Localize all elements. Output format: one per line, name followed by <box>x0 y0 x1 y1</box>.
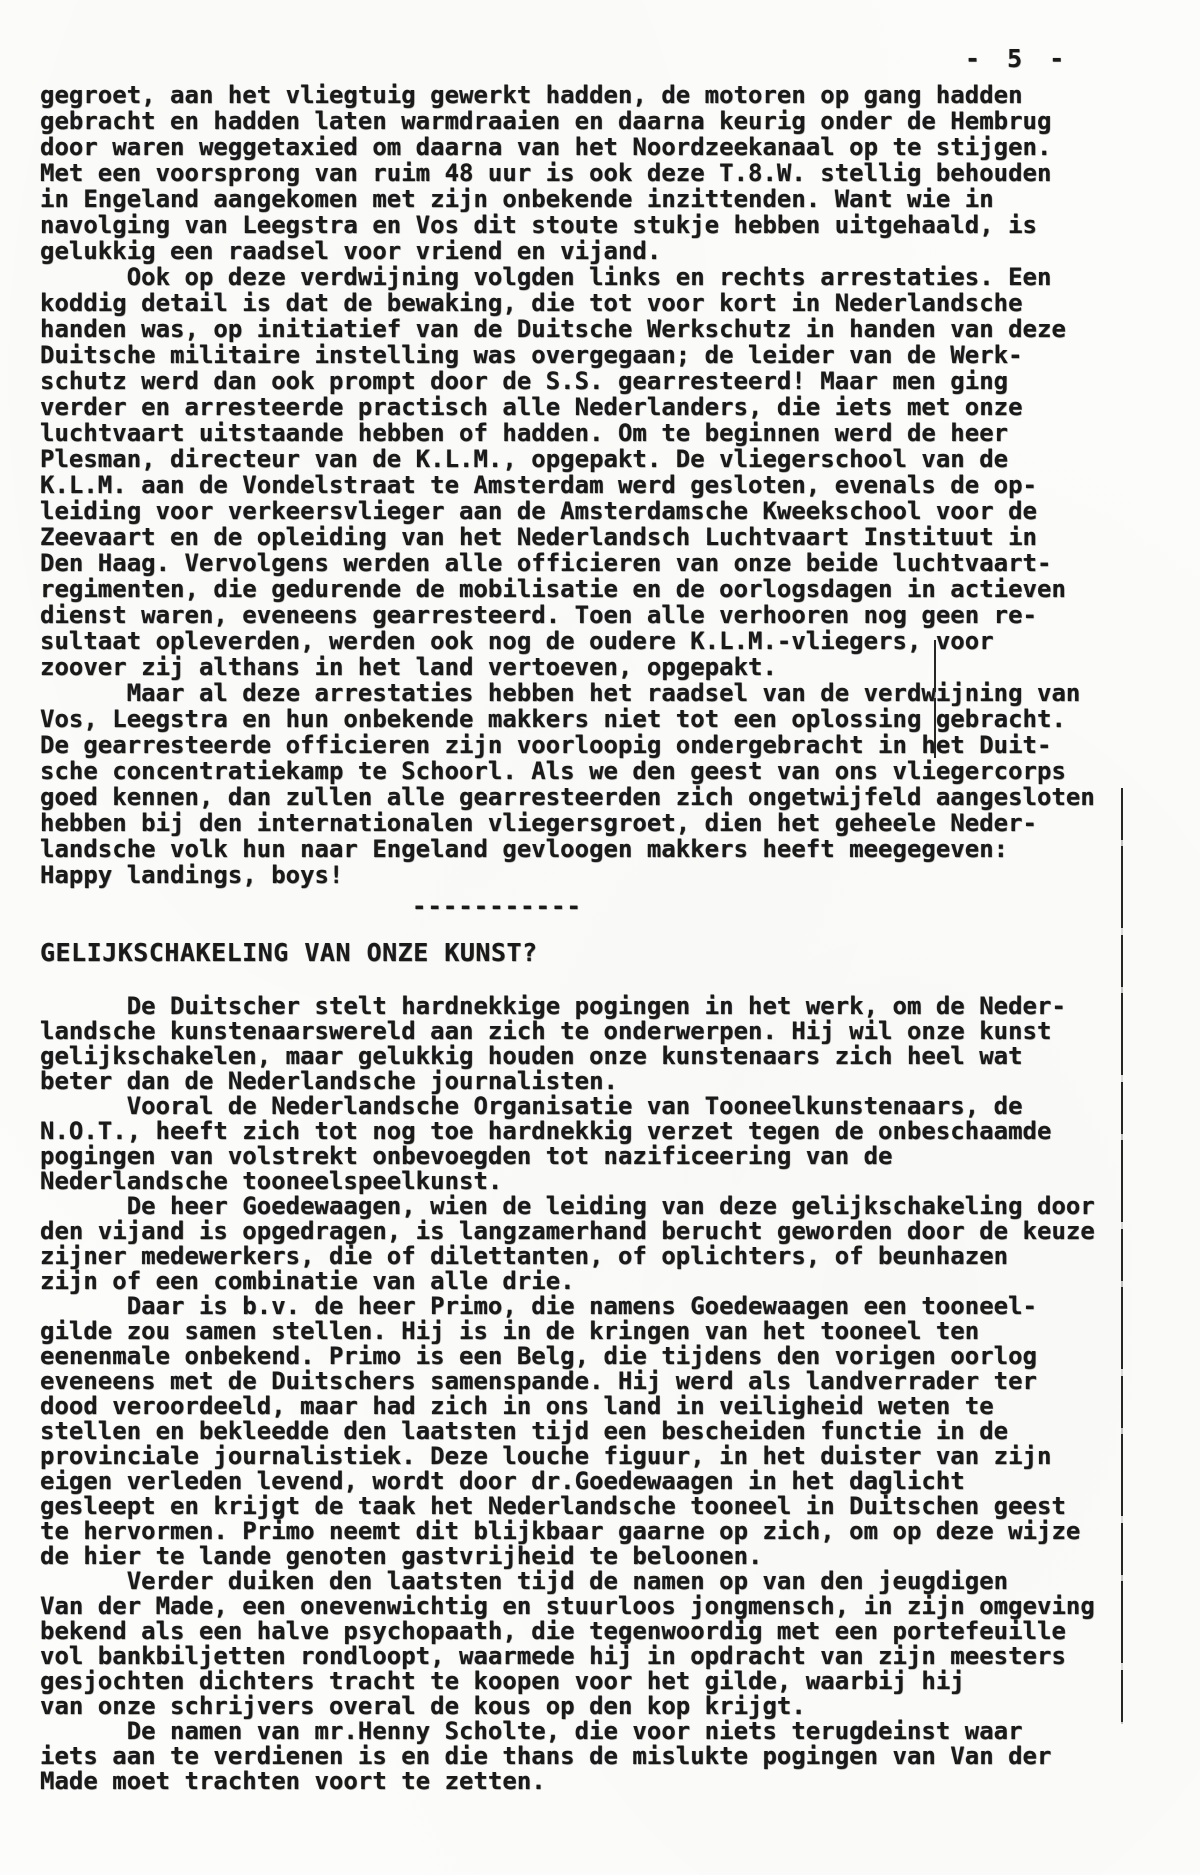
document-body: gegroet, aan het vliegtuig gewerkt hadde… <box>40 82 1180 1794</box>
paragraph: Maar al deze arrestaties hebben het raad… <box>40 680 1180 888</box>
paragraph: De namen van mr.Henny Scholte, die voor … <box>40 1719 1180 1794</box>
paragraph: De heer Goedewaagen, wien de leiding van… <box>40 1194 1180 1294</box>
paragraph: Verder duiken den laatsten tijd de namen… <box>40 1569 1180 1719</box>
section-separator-dashes: ----------- <box>412 894 1180 918</box>
paragraph: De Duitscher stelt hardnekkige pogingen … <box>40 994 1180 1094</box>
paragraph: gegroet, aan het vliegtuig gewerkt hadde… <box>40 82 1180 264</box>
section-heading: GELIJKSCHAKELING VAN ONZE KUNST? <box>40 940 1180 966</box>
paragraph: Ook op deze verdwijning volgden links en… <box>40 264 1180 680</box>
page-number: - 5 - <box>965 44 1070 73</box>
fold-crease-line-short <box>934 640 936 758</box>
article-kunst: De Duitscher stelt hardnekkige pogingen … <box>40 994 1180 1794</box>
scanned-document-page: - 5 - gegroet, aan het vliegtuig gewerkt… <box>0 0 1200 1875</box>
article-flight-disappearance: gegroet, aan het vliegtuig gewerkt hadde… <box>40 82 1180 888</box>
paragraph: Daar is b.v. de heer Primo, die namens G… <box>40 1294 1180 1569</box>
paragraph: Vooral de Nederlandsche Organisatie van … <box>40 1094 1180 1194</box>
fold-crease-line-long <box>1121 788 1123 1724</box>
